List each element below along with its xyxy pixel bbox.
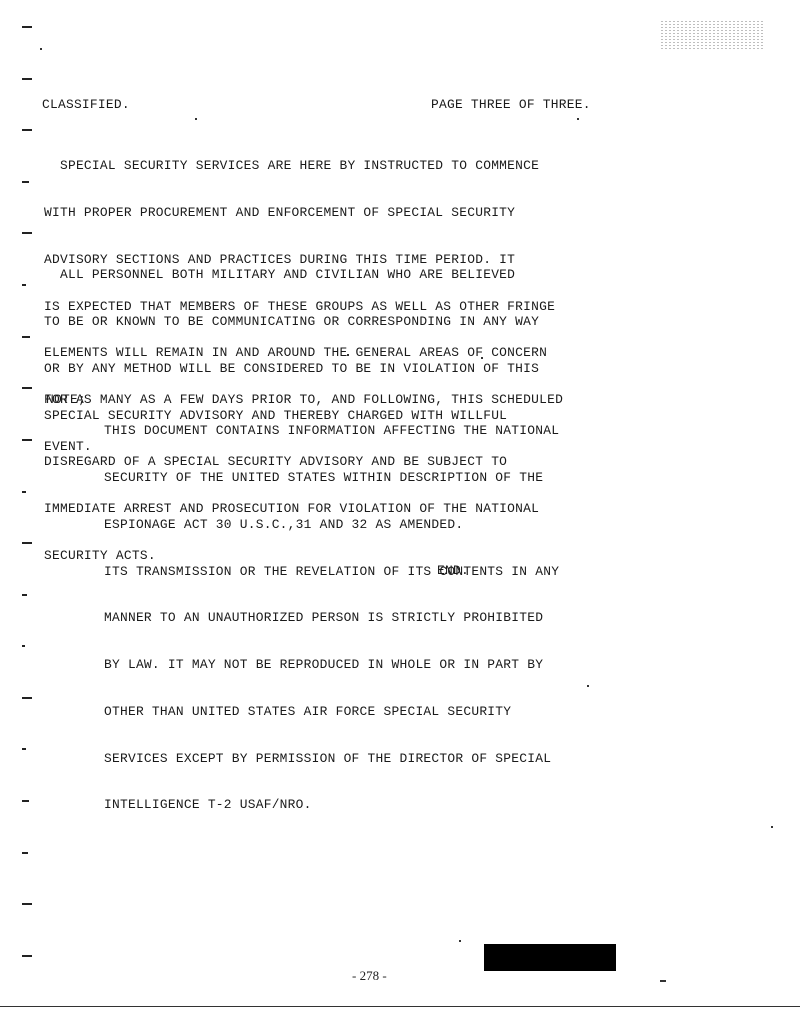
redaction-box: [484, 944, 616, 971]
margin-mark: [22, 439, 32, 441]
note-line: THIS DOCUMENT CONTAINS INFORMATION AFFEC…: [104, 423, 559, 439]
margin-mark: [22, 542, 32, 544]
margin-mark: [22, 26, 32, 28]
scan-speck: [660, 980, 666, 982]
scan-speck: [587, 685, 589, 687]
document-page: CLASSIFIED. PAGE THREE OF THREE. SPECIAL…: [0, 0, 800, 1012]
note-line: ITS TRANSMISSION OR THE REVELATION OF IT…: [104, 564, 559, 580]
margin-mark: [22, 697, 32, 699]
scan-speck: [577, 118, 579, 120]
note-line: SECURITY OF THE UNITED STATES WITHIN DES…: [104, 470, 559, 486]
margin-mark: [22, 284, 26, 286]
paragraph-line: TO BE OR KNOWN TO BE COMMUNICATING OR CO…: [44, 314, 539, 330]
note-line: INTELLIGENCE T-2 USAF/NRO.: [104, 797, 559, 813]
faded-stamp-mark: [660, 20, 765, 50]
margin-mark: [22, 232, 32, 234]
page-edge-line: [0, 1006, 800, 1007]
note-line: ESPIONAGE ACT 30 U.S.C.,31 AND 32 AS AME…: [104, 517, 559, 533]
margin-mark: [22, 903, 32, 905]
note-label: NOTE;: [46, 392, 86, 408]
page-number: - 278 -: [352, 968, 387, 984]
scan-speck: [481, 357, 483, 359]
margin-mark: [22, 852, 28, 854]
paragraph-line: SPECIAL SECURITY SERVICES ARE HERE BY IN…: [44, 158, 563, 174]
note-line: SERVICES EXCEPT BY PERMISSION OF THE DIR…: [104, 751, 559, 767]
margin-mark: [22, 748, 26, 750]
margin-mark: [22, 800, 29, 802]
margin-mark: [22, 181, 29, 183]
margin-mark: [22, 78, 32, 80]
classification-header: CLASSIFIED.: [42, 97, 130, 113]
page-indicator: PAGE THREE OF THREE.: [431, 97, 591, 113]
scan-speck: [771, 826, 773, 828]
scan-speck: [459, 940, 461, 942]
scan-speck: [347, 354, 349, 356]
note-line: MANNER TO AN UNAUTHORIZED PERSON IS STRI…: [104, 610, 559, 626]
scan-speck: [195, 118, 197, 120]
margin-mark: [22, 491, 26, 493]
margin-mark: [22, 955, 32, 957]
paragraph-line: OR BY ANY METHOD WILL BE CONSIDERED TO B…: [44, 361, 539, 377]
note-line: BY LAW. IT MAY NOT BE REPRODUCED IN WHOL…: [104, 657, 559, 673]
note-body: THIS DOCUMENT CONTAINS INFORMATION AFFEC…: [104, 392, 559, 844]
margin-mark: [22, 336, 30, 338]
margin-mark: [22, 645, 25, 647]
margin-mark: [22, 387, 32, 389]
scan-speck: [40, 48, 42, 50]
margin-mark: [22, 594, 27, 596]
margin-mark: [22, 129, 32, 131]
paragraph-line: ALL PERSONNEL BOTH MILITARY AND CIVILIAN…: [44, 267, 539, 283]
note-line: OTHER THAN UNITED STATES AIR FORCE SPECI…: [104, 704, 559, 720]
paragraph-line: WITH PROPER PROCUREMENT AND ENFORCEMENT …: [44, 205, 563, 221]
end-marker: END.: [437, 563, 469, 579]
